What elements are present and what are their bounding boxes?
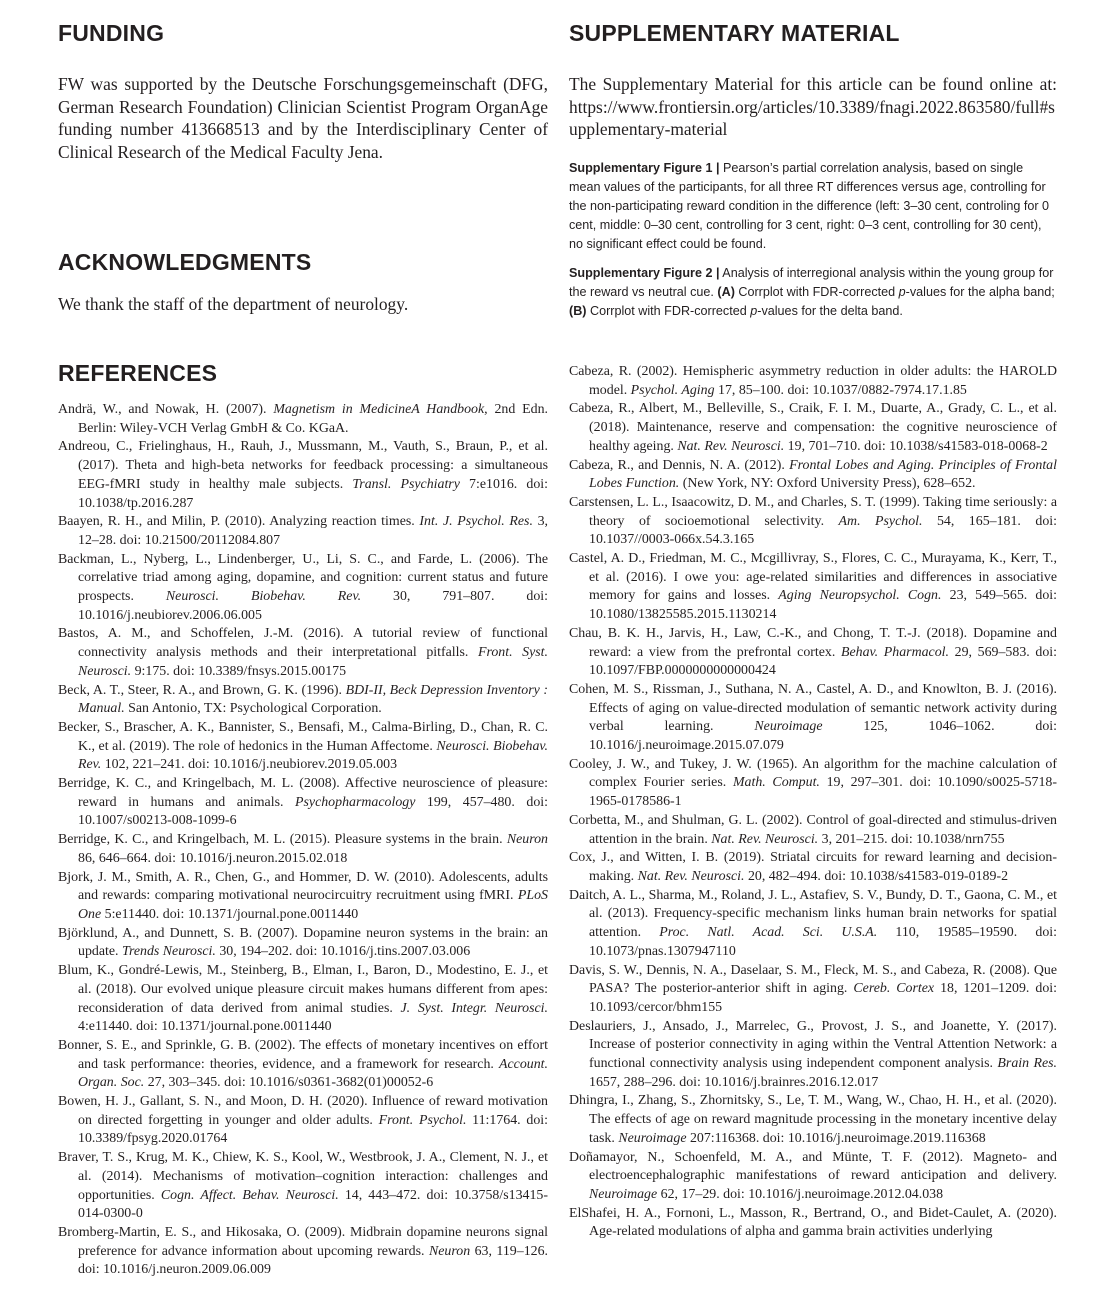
reference-item: Daitch, A. L., Sharma, M., Roland, J. L.… bbox=[569, 887, 1057, 962]
funding-heading: FUNDING bbox=[58, 19, 548, 47]
reference-item: Bromberg-Martin, E. S., and Hikosaka, O.… bbox=[58, 1224, 548, 1280]
reference-item: Cabeza, R. (2002). Hemispheric asymmetry… bbox=[569, 363, 1057, 400]
reference-item: Berridge, K. C., and Kringelbach, M. L. … bbox=[58, 775, 548, 831]
reference-item: Baayen, R. H., and Milin, P. (2010). Ana… bbox=[58, 513, 548, 550]
reference-item: Cabeza, R., Albert, M., Belleville, S., … bbox=[569, 400, 1057, 456]
references-section: REFERENCES Andrä, W., and Nowak, H. (200… bbox=[58, 359, 548, 1280]
reference-item: Bjork, J. M., Smith, A. R., Chen, G., an… bbox=[58, 869, 548, 925]
reference-item: Bowen, H. J., Gallant, S. N., and Moon, … bbox=[58, 1093, 548, 1149]
reference-item: Bonner, S. E., and Sprinkle, G. B. (2002… bbox=[58, 1037, 548, 1093]
reference-item: Deslauriers, J., Ansado, J., Marrelec, G… bbox=[569, 1018, 1057, 1093]
reference-item: Becker, S., Brascher, A. K., Bannister, … bbox=[58, 719, 548, 775]
supplementary-figure-2-caption: Supplementary Figure 2 | Analysis of int… bbox=[569, 264, 1057, 321]
reference-item: Andrä, W., and Nowak, H. (2007). Magneti… bbox=[58, 401, 548, 438]
reference-item: Castel, A. D., Friedman, M. C., Mcgilliv… bbox=[569, 550, 1057, 625]
supplementary-heading: SUPPLEMENTARY MATERIAL bbox=[569, 19, 1057, 47]
reference-item: Blum, K., Gondré-Lewis, M., Steinberg, B… bbox=[58, 962, 548, 1037]
acknowledgments-text: We thank the staff of the department of … bbox=[58, 293, 548, 316]
acknowledgments-section: ACKNOWLEDGMENTS We thank the staff of th… bbox=[58, 248, 548, 316]
references-continued: Cabeza, R. (2002). Hemispheric asymmetry… bbox=[569, 363, 1057, 1242]
reference-item: Andreou, C., Frielinghaus, H., Rauh, J.,… bbox=[58, 438, 548, 513]
figure-1-label: Supplementary Figure 1 | bbox=[569, 161, 720, 175]
reference-item: Dhingra, I., Zhang, S., Zhornitsky, S., … bbox=[569, 1092, 1057, 1148]
funding-text: FW was supported by the Deutsche Forschu… bbox=[58, 73, 548, 163]
reference-item: Cox, J., and Witten, I. B. (2019). Stria… bbox=[569, 849, 1057, 886]
reference-item: ElShafei, H. A., Fornoni, L., Masson, R.… bbox=[569, 1205, 1057, 1242]
reference-item: Davis, S. W., Dennis, N. A., Daselaar, S… bbox=[569, 962, 1057, 1018]
acknowledgments-heading: ACKNOWLEDGMENTS bbox=[58, 248, 548, 276]
supplementary-text: The Supplementary Material for this arti… bbox=[569, 73, 1057, 141]
reference-item: Doñamayor, N., Schoenfeld, M. A., and Mü… bbox=[569, 1149, 1057, 1205]
reference-item: Chau, B. K. H., Jarvis, H., Law, C.-K., … bbox=[569, 625, 1057, 681]
supplementary-figure-1-caption: Supplementary Figure 1 | Pearson’s parti… bbox=[569, 159, 1057, 254]
reference-item: Braver, T. S., Krug, M. K., Chiew, K. S.… bbox=[58, 1149, 548, 1224]
reference-item: Cabeza, R., and Dennis, N. A. (2012). Fr… bbox=[569, 457, 1057, 494]
funding-section: FUNDING FW was supported by the Deutsche… bbox=[58, 19, 548, 163]
reference-item: Björklund, A., and Dunnett, S. B. (2007)… bbox=[58, 925, 548, 962]
references-list-right: Cabeza, R. (2002). Hemispheric asymmetry… bbox=[569, 363, 1057, 1242]
reference-item: Cohen, M. S., Rissman, J., Suthana, N. A… bbox=[569, 681, 1057, 756]
reference-item: Beck, A. T., Steer, R. A., and Brown, G.… bbox=[58, 682, 548, 719]
supplementary-section: SUPPLEMENTARY MATERIAL The Supplementary… bbox=[569, 19, 1057, 321]
reference-item: Corbetta, M., and Shulman, G. L. (2002).… bbox=[569, 812, 1057, 849]
reference-item: Backman, L., Nyberg, L., Lindenberger, U… bbox=[58, 551, 548, 626]
reference-item: Berridge, K. C., and Kringelbach, M. L. … bbox=[58, 831, 548, 868]
reference-item: Bastos, A. M., and Schoffelen, J.-M. (20… bbox=[58, 625, 548, 681]
figure-2-label: Supplementary Figure 2 | bbox=[569, 266, 720, 280]
reference-item: Carstensen, L. L., Isaacowitz, D. M., an… bbox=[569, 494, 1057, 550]
references-list-left: Andrä, W., and Nowak, H. (2007). Magneti… bbox=[58, 401, 548, 1280]
reference-item: Cooley, J. W., and Tukey, J. W. (1965). … bbox=[569, 756, 1057, 812]
references-heading: REFERENCES bbox=[58, 359, 548, 387]
